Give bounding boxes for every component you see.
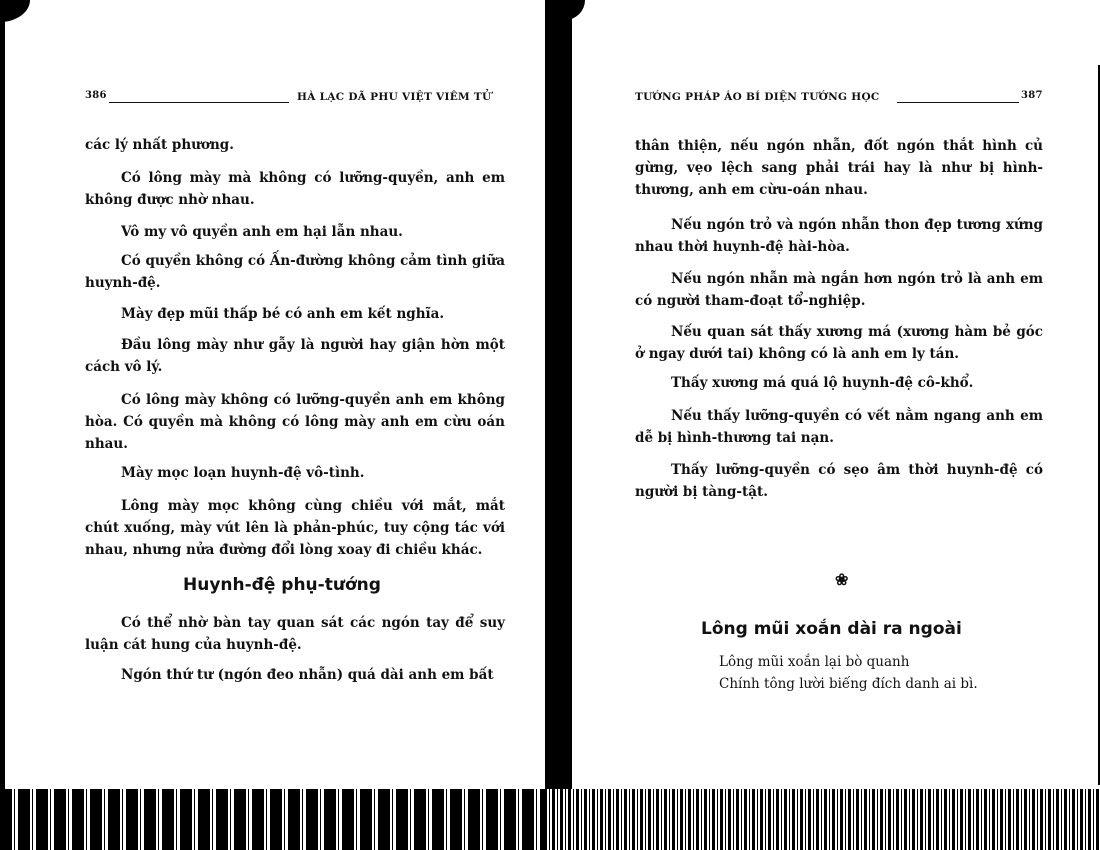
left-running-header: 386 HÀ LẠC DÃ PHU VIỆT VIÊM TỬ [85,90,505,104]
paragraph: Có thể nhờ bàn tay quan sát các ngón tay… [85,612,505,656]
paragraph: Thấy xương má quá lộ huynh-đệ cô-khổ. [635,372,1043,394]
paragraph: Có lông mày mà không có lưỡng-quyền, anh… [85,167,505,211]
scan-bottom-pattern-left [0,789,545,850]
verse-line: Lông mũi xoắn lại bò quanh [719,651,909,673]
paragraph: Nếu thấy lưỡng-quyền có vết nằm ngang an… [635,405,1043,449]
ornament-flower-icon: ❀ [835,570,848,589]
paragraph: Nếu ngón nhẫn mà ngắn hơn ngón trỏ là an… [635,268,1043,312]
scan-left-edge [0,0,5,850]
paragraph: Vô my vô quyền anh em hại lẫn nhau. [85,221,505,243]
paragraph: Mày đẹp mũi thấp bé có anh em kết nghĩa. [85,303,505,325]
verse-line: Chính tông lười biếng đích danh ai bì. [719,673,978,695]
left-header-title: HÀ LẠC DÃ PHU VIỆT VIÊM TỬ [297,91,491,103]
paragraph: Mày mọc loạn huynh-đệ vô-tình. [85,462,505,484]
paragraph: thân thiện, nếu ngón nhẫn, đốt ngón thắt… [635,135,1043,201]
section-heading: Huynh-đệ phụ-tướng [183,575,381,595]
scan-corner-shadow [0,0,30,22]
right-running-header: TƯỚNG PHÁP ÁO BÍ DIỆN TƯỚNG HỌC 387 [635,90,1043,104]
right-header-title: TƯỚNG PHÁP ÁO BÍ DIỆN TƯỚNG HỌC [635,91,880,103]
left-page-number: 386 [85,90,107,101]
paragraph: Nếu ngón trỏ và ngón nhẫn thon đẹp tương… [635,214,1043,258]
paragraph: Lông mày mọc không cùng chiều với mắt, m… [85,495,505,561]
paragraph: các lý nhất phương. [85,134,505,156]
right-page-number: 387 [1021,90,1043,101]
paragraph: Ngón thứ tư (ngón đeo nhẫn) quá dài anh … [85,664,505,686]
paragraph: Đầu lông mày như gẫy là người hay giận h… [85,334,505,378]
header-rule [897,102,1019,103]
paragraph: Có quyền không có Ấn-đường không cảm tìn… [85,250,505,294]
paragraph: Có lông mày không có lưỡng-quyền anh em … [85,389,505,455]
paragraph: Thấy lưỡng-quyền có sẹo âm thời huynh-đệ… [635,459,1043,503]
header-rule [109,102,289,103]
book-spine-shadow [545,0,572,790]
paragraph: Nếu quan sát thấy xương má (xương hàm bẻ… [635,321,1043,365]
book-spine-top-shadow [560,0,585,20]
section-heading: Lông mũi xoắn dài ra ngoài [701,619,962,639]
